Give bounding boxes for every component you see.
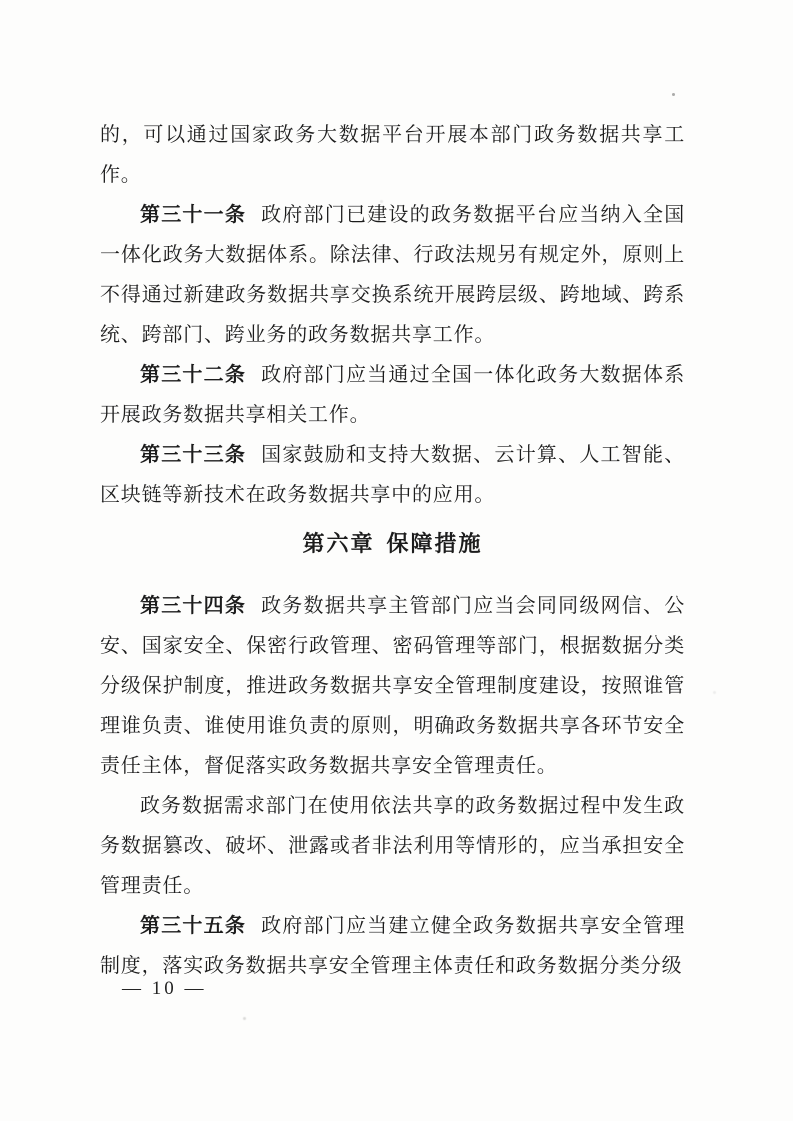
document-page: 的，可以通过国家政务大数据平台开展本部门政务数据共享工作。 第三十一条政府部门已… [0,0,793,1121]
chapter-heading: 第六章保障措施 [100,524,685,564]
page-number: — 10 — [122,978,207,1000]
paragraph-text: 政务数据共享主管部门应当会同同级网信、公安、国家安全、保密行政管理、密码管理等部… [100,595,685,777]
paragraph-liability: 政务数据需求部门在使用依法共享的政务数据过程中发生政务数据篡改、破坏、泄露或者非… [100,786,685,906]
paragraph-article-31: 第三十一条政府部门已建设的政务数据平台应当纳入全国一体化政务大数据体系。除法律、… [100,195,685,355]
chapter-number: 第六章 [302,531,374,556]
paragraph-article-35: 第三十五条政府部门应当建立健全政务数据共享安全管理制度，落实政务数据共享安全管理… [100,906,685,986]
chapter-title: 保障措施 [387,531,483,556]
article-number: 第三十二条 [140,364,246,386]
paragraph-article-34: 第三十四条政务数据共享主管部门应当会同同级网信、公安、国家安全、保密行政管理、密… [100,586,685,786]
article-number: 第三十四条 [140,595,246,617]
paragraph-continuation: 的，可以通过国家政务大数据平台开展本部门政务数据共享工作。 [100,115,685,195]
paragraph-text: 政务数据需求部门在使用依法共享的政务数据过程中发生政务数据篡改、破坏、泄露或者非… [100,795,685,897]
paragraph-article-33: 第三十三条国家鼓励和支持大数据、云计算、人工智能、区块链等新技术在政务数据共享中… [100,435,685,515]
article-number: 第三十一条 [140,204,246,226]
paragraph-article-32: 第三十二条政府部门应当通过全国一体化政务大数据体系开展政务数据共享相关工作。 [100,355,685,435]
article-number: 第三十三条 [140,444,246,466]
document-body: 的，可以通过国家政务大数据平台开展本部门政务数据共享工作。 第三十一条政府部门已… [100,115,685,986]
article-number: 第三十五条 [140,915,246,937]
paragraph-text: 的，可以通过国家政务大数据平台开展本部门政务数据共享工作。 [100,124,685,186]
